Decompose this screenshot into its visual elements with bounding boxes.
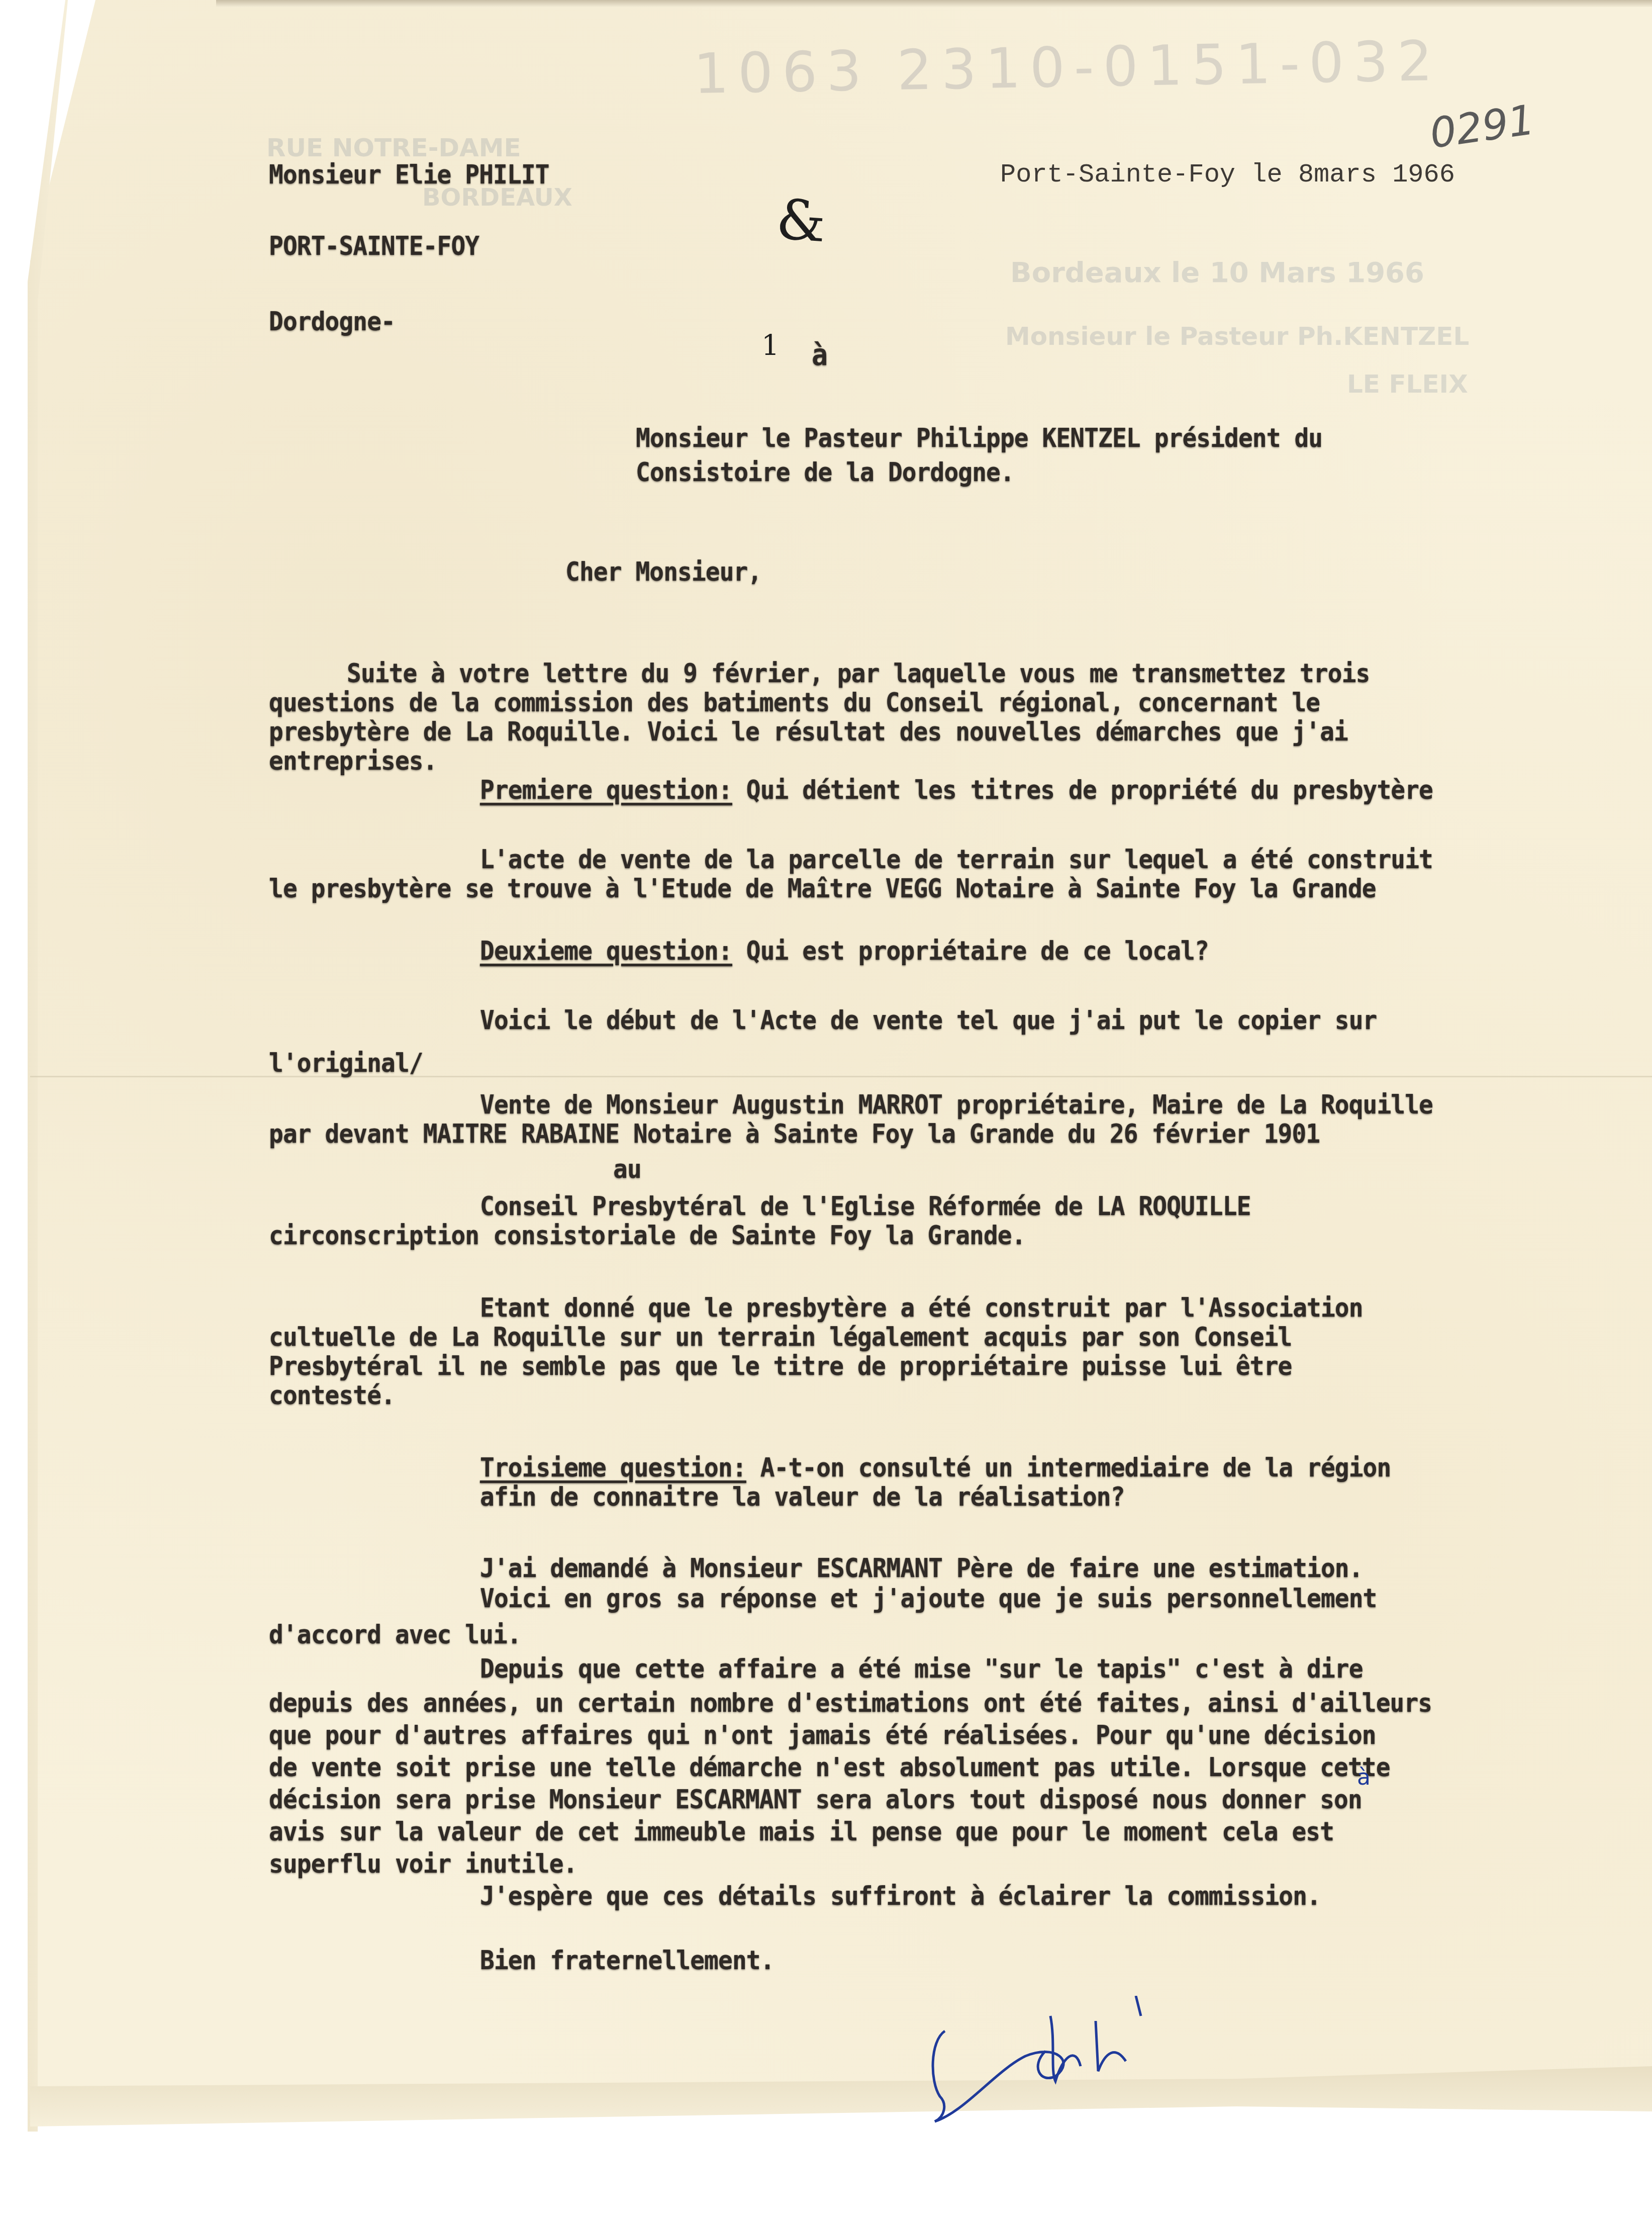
page-top-fold (216, 0, 1652, 7)
deed-line-5: circonscription consistoriale de Sainte … (269, 1221, 1026, 1251)
answer-3-line-8: décision sera prise Monsieur ESCARMANT s… (269, 1785, 1362, 1815)
deed-line-3: au (613, 1154, 641, 1184)
pencil-reference-faint: 1063 2310-0151-032 (693, 29, 1442, 106)
question-1-label: Premiere question: (480, 775, 732, 805)
answer-3-line-11: J'espère que ces détails suffiront à écl… (480, 1881, 1321, 1911)
recipient-prefix: à (812, 338, 827, 372)
question-1: Premiere question: Qui détient les titre… (480, 775, 1433, 805)
question-2: Deuxieme question: Qui est propriétaire … (480, 936, 1209, 966)
answer-2-conclusion-line-1: Etant donné que le presbytère a été cons… (480, 1293, 1363, 1323)
answer-3-line-4: Depuis que cette affaire a été mise "sur… (480, 1654, 1363, 1684)
handwritten-insert: à (1357, 1765, 1371, 1790)
intro-line-2: questions de la commission des batiments… (269, 688, 1320, 718)
answer-2-conclusion-line-2: cultuelle de La Roquille sur un terrain … (269, 1322, 1292, 1352)
margin-tick-mark: 1 (761, 329, 780, 362)
answer-3-line-5: depuis des années, un certain nombre d'e… (269, 1688, 1432, 1718)
question-3-text: A-t-on consulté un intermediaire de la r… (746, 1453, 1391, 1483)
show-through-addressee: Monsieur le Pasteur Ph.KENTZEL (1005, 322, 1469, 351)
show-through-town: LE FLEIX (1347, 370, 1468, 399)
question-3-line-2: afin de connaitre la valeur de la réalis… (480, 1482, 1125, 1512)
show-through-header-1: RUE NOTRE-DAME (266, 133, 521, 162)
margin-ampersand-mark: & (774, 187, 828, 255)
answer-3-line-6: que pour d'autres affaires qui n'ont jam… (269, 1720, 1376, 1750)
closing: Bien fraternellement. (480, 1946, 774, 1976)
answer-2-intro-line-1: Voici le début de l'Acte de vente tel qu… (480, 1005, 1377, 1036)
recipient-line-2: Consistoire de la Dordogne. (636, 457, 1014, 488)
question-3-label: Troisieme question: (480, 1453, 746, 1483)
answer-3-line-3: d'accord avec lui. (269, 1620, 521, 1650)
answer-3-line-7: de vente soit prise une telle démarche n… (269, 1752, 1390, 1783)
signature-text: E. Philit (925, 1996, 928, 1997)
answer-3-line-10: superflu voir inutile. (269, 1849, 577, 1879)
question-3: Troisieme question: A-t-on consulté un i… (480, 1453, 1391, 1483)
sender-name: Monsieur Elie PHILIT (269, 160, 549, 190)
signature-icon: E. Philit (925, 1996, 1267, 2127)
deed-line-1: Vente de Monsieur Augustin MARROT propri… (480, 1090, 1433, 1120)
answer-2-conclusion-line-4: contesté. (269, 1380, 395, 1411)
intro-line-4: entreprises. (269, 746, 437, 776)
question-2-text: Qui est propriétaire de ce local? (732, 936, 1209, 966)
answer-3-line-2: Voici en gros sa réponse et j'ajoute que… (480, 1584, 1377, 1614)
salutation: Cher Monsieur, (565, 557, 761, 587)
sender-region: Dordogne- (269, 307, 395, 337)
sender-town: PORT-SAINTE-FOY (269, 231, 479, 261)
show-through-date: Bordeaux le 10 Mars 1966 (1010, 256, 1424, 289)
answer-1-line-1: L'acte de vente de la parcelle de terrai… (480, 845, 1433, 875)
place-and-date: Port-Sainte-Foy le 8mars 1966 (1000, 160, 1455, 190)
deed-line-4: Conseil Presbytéral de l'Eglise Réformée… (480, 1191, 1251, 1222)
answer-1-line-2: le presbytère se trouve à l'Etude de Maî… (269, 874, 1376, 904)
answer-3-line-9: avis sur la valeur de cet immeuble mais … (269, 1817, 1334, 1847)
answer-3-line-1: J'ai demandé à Monsieur ESCARMANT Père d… (480, 1553, 1363, 1584)
answer-2-intro-line-2: l'original/ (269, 1048, 423, 1078)
recipient-line-1: Monsieur le Pasteur Philippe KENTZEL pré… (636, 423, 1322, 453)
question-1-text: Qui détient les titres de propriété du p… (732, 775, 1433, 805)
deed-line-2: par devant MAITRE RABAINE Notaire à Sain… (269, 1119, 1320, 1149)
intro-line-3: presbytère de La Roquille. Voici le résu… (269, 717, 1348, 747)
question-2-label: Deuxieme question: (480, 936, 732, 966)
intro-line-1: Suite à votre lettre du 9 février, par l… (347, 659, 1370, 689)
answer-2-conclusion-line-3: Presbytéral il ne semble pas que le titr… (269, 1351, 1292, 1381)
